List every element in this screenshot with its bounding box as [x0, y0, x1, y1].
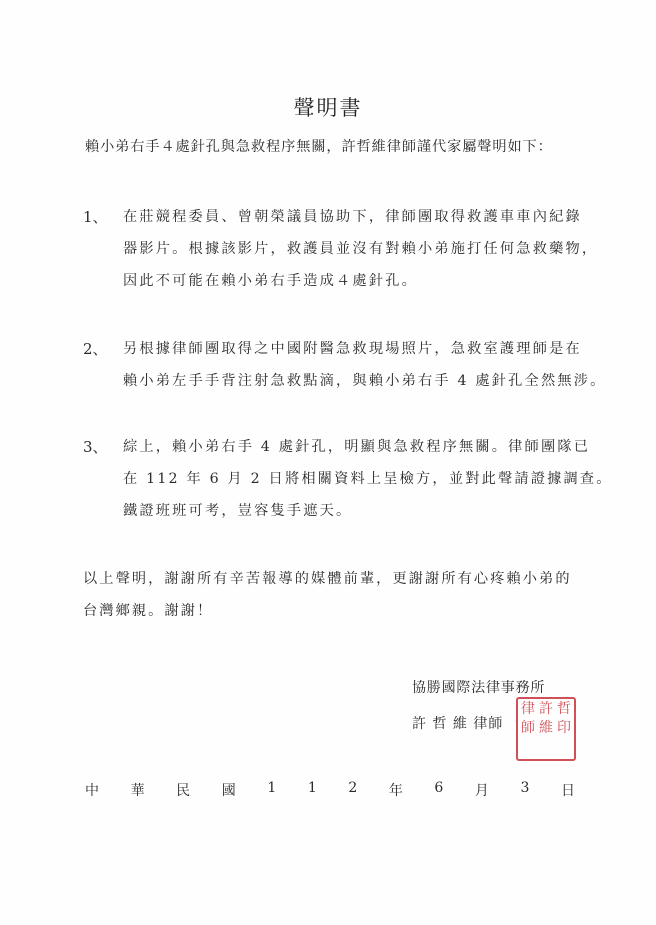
stamp-char: 許 [537, 700, 555, 719]
item-1-number: 1、 [83, 206, 108, 227]
law-firm-name: 協勝國際法律事務所 [412, 677, 545, 697]
stamp-char: 印 [555, 719, 573, 738]
item-1-line-2: 器影片。根據該影片，救護員並沒有對賴小弟施打任何急救藥物， [123, 238, 598, 258]
closing-line-2: 台灣鄉親。謝謝！ [83, 600, 213, 620]
date-char: 月 [475, 780, 489, 800]
item-1-line-1: 在莊競程委員、曾朝榮議員協助下，律師團取得救護車車內紀錄 [123, 206, 582, 226]
date-char: 國 [222, 780, 236, 800]
date-char: 2 [348, 780, 357, 800]
seal-stamp: 律 許 哲 師 維 印 [516, 697, 576, 761]
signer-name: 許 哲 維 律師 [412, 713, 503, 733]
stamp-char: 律 [519, 700, 537, 719]
date-line: 中 華 民 國 1 1 2 年 6 月 3 日 [85, 780, 575, 800]
date-char: 華 [131, 780, 145, 800]
date-char: 年 [389, 780, 403, 800]
item-3-number: 3、 [83, 436, 108, 457]
date-char: 3 [520, 780, 529, 800]
date-char: 1 [267, 780, 276, 800]
date-char: 日 [561, 780, 575, 800]
item-3-line-2: 在 112 年 6 月 2 日將相關資料上呈檢方，並對此聲請證據調查。 [123, 468, 613, 488]
item-2-line-1: 另根據律師團取得之中國附醫急救現場照片，急救室護理師是在 [123, 338, 582, 358]
stamp-char: 師 [519, 719, 537, 738]
intro-line: 賴小弟右手４處針孔與急救程序無關，許哲維律師謹代家屬聲明如下： [85, 136, 553, 156]
item-1-line-3: 因此不可能在賴小弟右手造成４處針孔。 [123, 270, 418, 290]
stamp-char: 維 [537, 719, 555, 738]
item-2-line-2: 賴小弟左手手背注射急救點滴，與賴小弟右手 4 處針孔全然無涉。 [123, 370, 607, 390]
date-char: 民 [176, 780, 190, 800]
document-title: 聲明書 [0, 92, 656, 122]
item-2-number: 2、 [83, 338, 108, 359]
date-char: 中 [85, 780, 99, 800]
closing-line-1: 以上聲明，謝謝所有辛苦報導的媒體前輩，更謝謝所有心疼賴小弟的 [83, 568, 572, 588]
date-char: 1 [308, 780, 317, 800]
item-3-line-3: 鐵證班班可考，豈容隻手遮天。 [123, 500, 352, 520]
date-char: 6 [434, 780, 443, 800]
stamp-char: 哲 [555, 700, 573, 719]
item-3-line-1: 綜上，賴小弟右手 4 處針孔，明顯與急救程序無關。律師團隊已 [123, 436, 590, 456]
